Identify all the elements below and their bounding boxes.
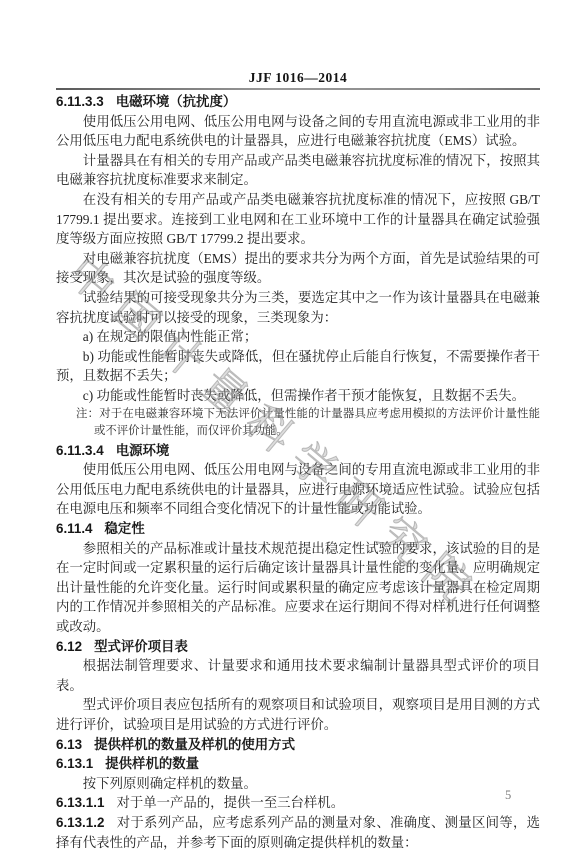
section-heading: 6.11.4稳定性	[56, 519, 540, 539]
paragraph: 试验结果的可接受现象共分为三类，要选定其中之一作为该计量器具在电磁兼容抗扰度试验…	[56, 288, 540, 327]
paragraph: a) 在规定的限值内性能正常；	[56, 327, 540, 347]
paragraph: 在没有相关的专用产品或产品类电磁兼容抗扰度标准的情况下，应按照 GB/T 177…	[56, 190, 540, 249]
section-heading: 6.11.3.3电磁环境（抗扰度）	[56, 92, 540, 112]
standard-number-header: JJF 1016—2014	[56, 70, 540, 86]
clause-number: 6.13	[56, 737, 82, 752]
clause-number: 6.13.1.2	[56, 815, 104, 830]
section-heading: 6.12型式评价项目表	[56, 637, 540, 657]
clause-number: 6.13.1	[56, 756, 93, 771]
note-text: 注：对于在电磁兼容环境下无法评价计量性能的计量器具应考虑用模拟的方法评价计量性能…	[94, 406, 540, 441]
clause-title: 稳定性	[105, 521, 145, 536]
paragraph: 使用低压公用电网、低压公用电网与设备之间的专用直流电源或非工业用的非公用低压电力…	[56, 460, 540, 519]
clause-title: 电磁环境（抗扰度）	[116, 94, 237, 109]
header-rule	[56, 88, 540, 90]
document-page: JJF 1016—2014 6.11.3.3电磁环境（抗扰度）使用低压公用电网、…	[0, 0, 584, 854]
paragraph: 计量器具在有相关的专用产品或产品类电磁兼容抗扰度标准的情况下，按照其电磁兼容抗扰…	[56, 151, 540, 190]
paragraph: 根据法制管理要求、计量要求和通用技术要求编制计量器具型式评价的项目表。	[56, 656, 540, 695]
clause-title: 提供样机的数量	[105, 756, 199, 771]
clause-number: 6.11.3.4	[56, 443, 104, 458]
section-heading: 6.11.3.4电源环境	[56, 441, 540, 461]
paragraph: 使用低压公用电网、低压公用电网与设备之间的专用直流电源或非工业用的非公用低压电力…	[56, 112, 540, 151]
clause-number: 6.12	[56, 639, 82, 654]
numbered-clause: 6.13.1.2对于系列产品，应考虑系列产品的测量对象、准确度、测量区间等，选择…	[56, 813, 540, 852]
document-body: 6.11.3.3电磁环境（抗扰度）使用低压公用电网、低压公用电网与设备之间的专用…	[56, 92, 540, 852]
paragraph: 参照相关的产品标准或计量技术规范提出稳定性试验的要求，该试验的目的是在一定时间或…	[56, 539, 540, 637]
clause-number: 6.11.3.3	[56, 94, 104, 109]
paragraph: b) 功能或性能暂时丧失或降低，但在骚扰停止后能自行恢复，不需要操作者干预，且数…	[56, 347, 540, 386]
section-heading: 6.13提供样机的数量及样机的使用方式	[56, 735, 540, 755]
section-heading: 6.13.1提供样机的数量	[56, 754, 540, 774]
clause-title: 电源环境	[116, 443, 170, 458]
paragraph: c) 功能或性能暂时丧失或降低，但需操作者干预才能恢复，且数据不丢失。	[56, 386, 540, 406]
clause-number: 6.13.1.1	[56, 795, 104, 810]
clause-title: 提供样机的数量及样机的使用方式	[94, 737, 295, 752]
paragraph: 对电磁兼容抗扰度（EMS）提出的要求共分为两个方面，首先是试验结果的可接受现象，…	[56, 249, 540, 288]
page-number: 5	[505, 788, 511, 803]
clause-number: 6.11.4	[56, 521, 93, 536]
numbered-clause: 6.13.1.1对于单一产品的，提供一至三台样机。	[56, 793, 540, 813]
paragraph: 按下列原则确定样机的数量。	[56, 774, 540, 794]
clause-title: 型式评价项目表	[94, 639, 188, 654]
paragraph: 型式评价项目表应包括所有的观察项目和试验项目，观察项目是用目测的方式进行评价，试…	[56, 695, 540, 734]
